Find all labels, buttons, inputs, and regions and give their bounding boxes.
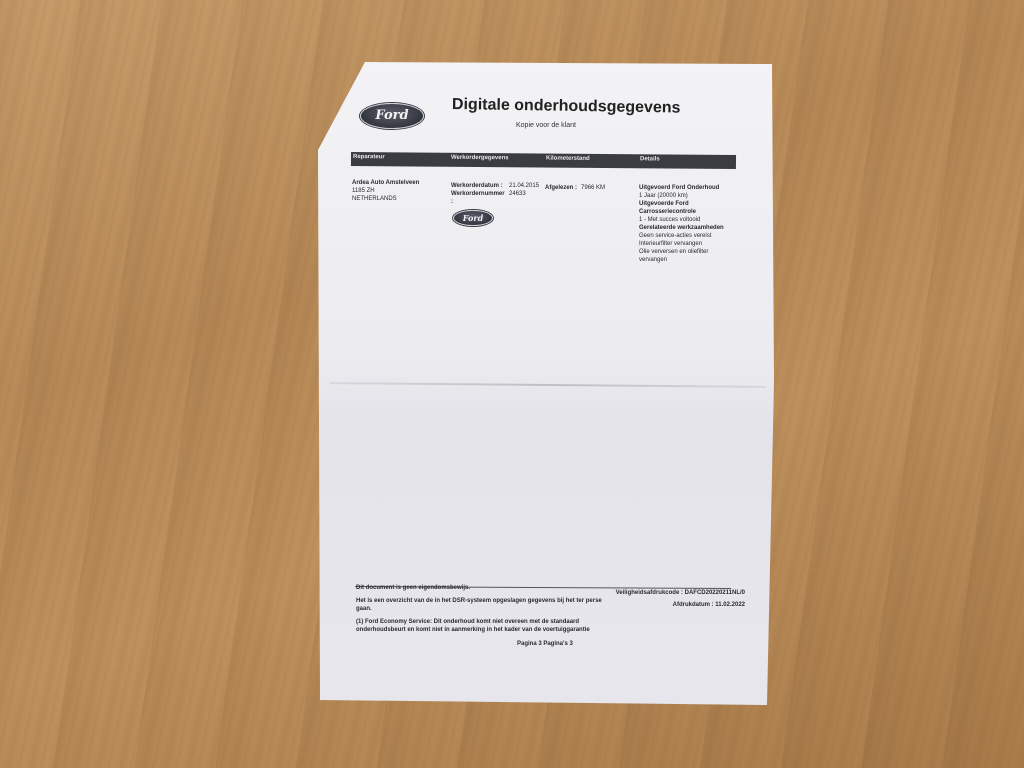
details-line: Interieurfilter vervangen [639, 240, 749, 248]
ford-logo-small-icon: Ford [453, 210, 493, 226]
reparateur-country: NETHERLANDS [352, 195, 419, 203]
footer-economy: (1) Ford Economy Service: Dit onderhoud … [356, 618, 606, 634]
footer-overview: Het is een overzicht van de in het DSR-s… [356, 597, 606, 613]
document-subtitle: Kopie voor de klant [516, 122, 576, 129]
details-line: 1 Jaar (20000 km) [639, 192, 749, 200]
footer-notes: Dit document is geen eigendomsbewijs. He… [356, 584, 606, 639]
document-title: Digitale onderhoudsgegevens [452, 96, 681, 118]
details-line: Gerelateerde werkzaamheden [639, 224, 749, 232]
footer-meta: Veiligheidsafdrukcode : DAFCD20220211NL/… [607, 589, 745, 609]
details-block: Uitgevoerd Ford Onderhoud1 Jaar (20000 k… [639, 184, 749, 264]
werkorder-datum-value: 21.04.2015 [509, 182, 539, 190]
werkorder-nummer-value: 24633 [509, 190, 526, 206]
reparateur-block: Ardea Auto Amstelveen 1185 ZH NETHERLAND… [352, 179, 419, 203]
footer-disclaimer: Dit document is geen eigendomsbewijs. [356, 584, 606, 592]
werkorder-datum-label: Werkorderdatum : [451, 182, 505, 190]
pagination: Pagina 3 Pagina's 3 [517, 640, 573, 648]
details-line: Carrosseriecontrole [639, 208, 749, 216]
km-label: Afgelezen : [545, 184, 577, 192]
details-line: Olie verversen en oliefilter [639, 248, 749, 256]
print-date-label: Afdrukdatum : [673, 602, 714, 608]
col-details: Details [640, 156, 660, 162]
km-value: 7966 KM [581, 184, 605, 192]
ford-logo-icon: Ford [360, 103, 424, 129]
security-code-value: DAFCD20220211NL/0 [685, 590, 745, 596]
details-line: Geen service-acties vereist [639, 232, 749, 240]
col-werkordergegevens: Werkordergegevens [451, 155, 509, 161]
col-kilometerstand: Kilometerstand [546, 156, 590, 162]
print-date-value: 11.02.2022 [715, 602, 745, 608]
details-line: 1 - Met succes voltooid [639, 216, 749, 224]
col-reparateur: Reparateur [353, 154, 385, 160]
werkorder-block: Werkorderdatum : 21.04.2015 Werkordernum… [451, 182, 539, 206]
werkorder-nummer-label: Werkordernummer : [451, 190, 505, 206]
details-line: vervangen [639, 256, 749, 264]
reparateur-name: Ardea Auto Amstelveen [352, 179, 419, 187]
reparateur-postcode: 1185 ZH [352, 187, 419, 195]
security-code-label: Veiligheidsafdrukcode : [616, 590, 683, 596]
kilometerstand-block: Afgelezen : 7966 KM [545, 184, 605, 192]
details-line: Uitgevoerd Ford Onderhoud [639, 184, 749, 192]
details-line: Uitgevoerde Ford [639, 200, 749, 208]
